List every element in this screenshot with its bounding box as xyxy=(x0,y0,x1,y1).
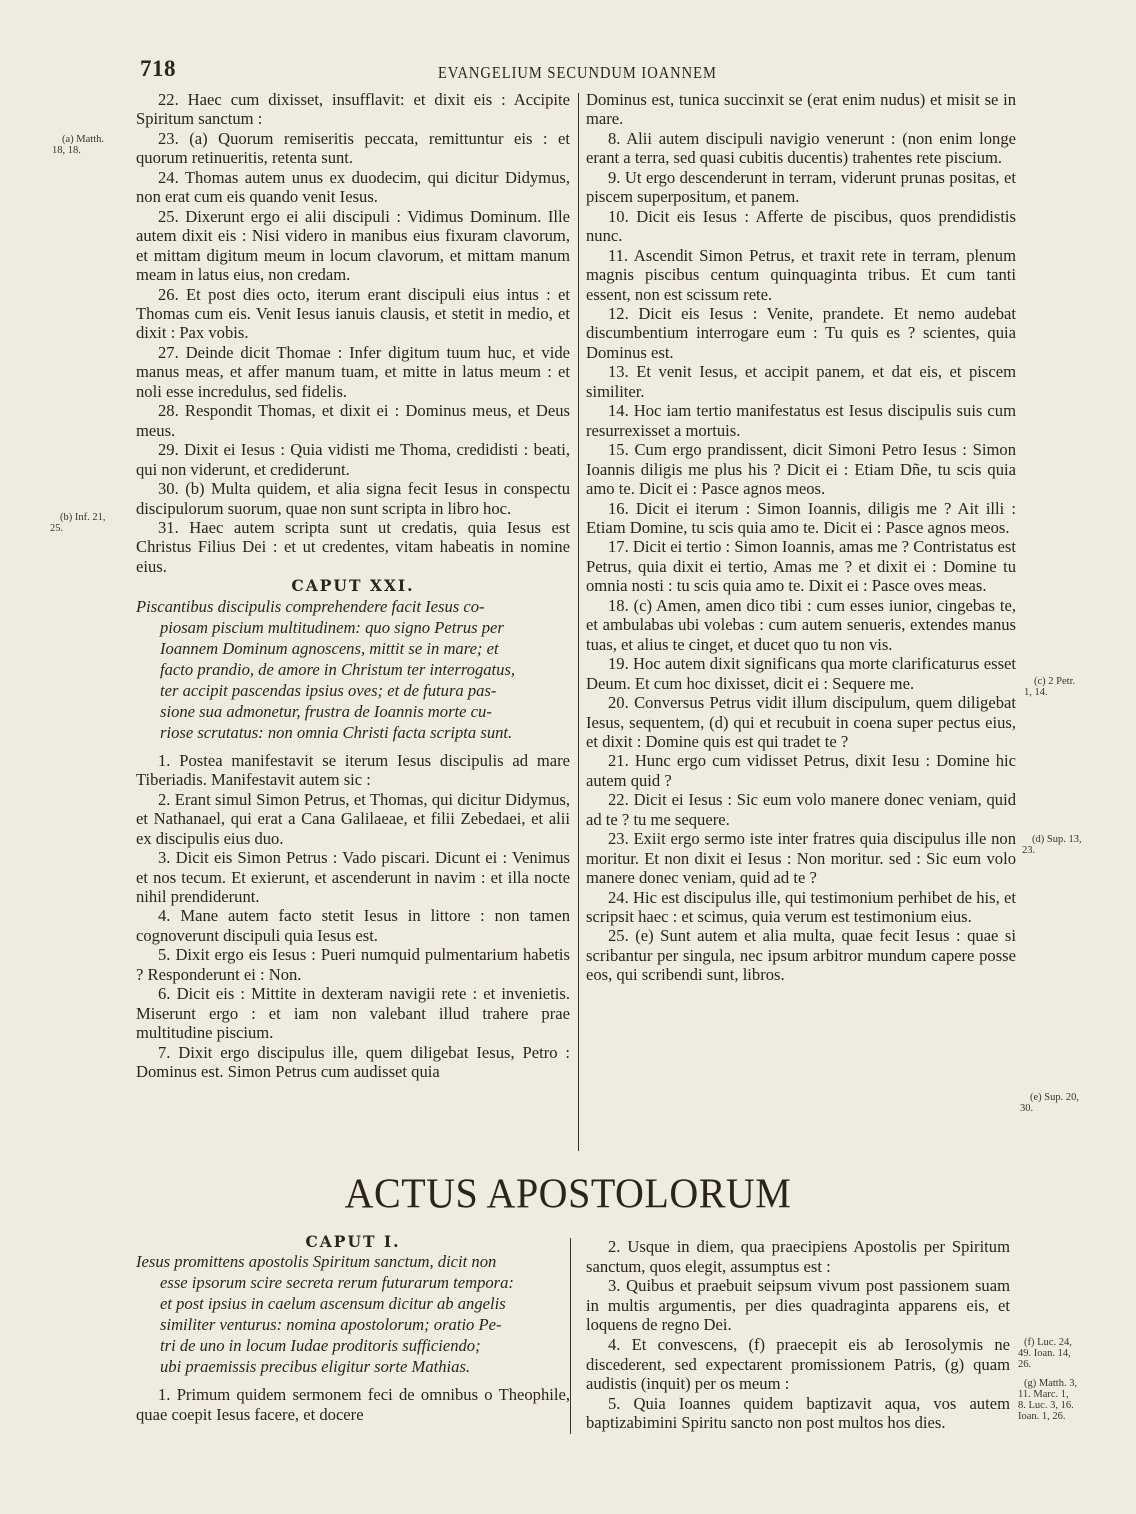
verse: 12. Dicit eis Iesus : Venite, prandete. … xyxy=(586,304,1016,362)
verse: 22. Dicit ei Iesus : Sic eum volo manere… xyxy=(586,790,1016,829)
verse: 2. Erant simul Simon Petrus, et Thomas, … xyxy=(136,790,570,848)
verse: 14. Hoc iam tertio manifestatus est Iesu… xyxy=(586,401,1016,440)
verse-continuation: Dominus est, tunica succinxit se (erat e… xyxy=(586,90,1016,129)
summary-line: ubi praemissis precibus eligitur sorte M… xyxy=(162,1356,570,1377)
verse: 3. Quibus et praebuit seipsum vivum post… xyxy=(586,1276,1010,1335)
acts-right-column: 2. Usque in diem, qua praecipiens Aposto… xyxy=(586,1237,1010,1433)
verse: 4. Mane autem facto stetit Iesus in litt… xyxy=(136,906,570,945)
verse: 20. Conversus Petrus vidit illum discipu… xyxy=(586,693,1016,751)
verse: 31. Haec autem scripta sunt ut credatis,… xyxy=(136,518,570,576)
margin-note-d: (d) Sup. 13, 23. xyxy=(1032,834,1082,856)
verse: 3. Dicit eis Simon Petrus : Vado piscari… xyxy=(136,848,570,906)
verse: 18. (c) Amen, amen dico tibi : cum esses… xyxy=(586,596,1016,654)
verse: 27. Deinde dicit Thomae : Infer digitum … xyxy=(136,343,570,401)
verse: 2. Usque in diem, qua praecipiens Aposto… xyxy=(586,1237,1010,1276)
running-head: EVANGELIUM SECUNDUM IOANNEM xyxy=(438,64,717,84)
summary-line: esse ipsorum scire secreta rerum futurar… xyxy=(162,1272,570,1293)
margin-note-label: (e) Sup. 20, xyxy=(1030,1092,1079,1103)
verse: 7. Dixit ergo discipulus ille, quem dili… xyxy=(136,1043,570,1082)
verse: 10. Dicit eis Iesus : Afferte de piscibu… xyxy=(586,207,1016,246)
margin-note-g: (g) Matth. 3, 11. Marc. 1, 8. Luc. 3, 16… xyxy=(1018,1378,1077,1422)
book-title: ACTUS APOSTOLORUM xyxy=(0,1169,1136,1218)
verse: 13. Et venit Iesus, et accipit panem, et… xyxy=(586,362,1016,401)
margin-note-a: (a) Matth. 18, 18. xyxy=(62,134,104,156)
summary-line: piosam piscium multitudinem: quo signo P… xyxy=(162,617,570,638)
margin-note-e: (e) Sup. 20, 30. xyxy=(1030,1092,1079,1114)
gospel-right-column: Dominus est, tunica succinxit se (erat e… xyxy=(586,90,1016,985)
verse: 11. Ascendit Simon Petrus, et traxit ret… xyxy=(586,246,1016,304)
chapter-heading: CAPUT I. xyxy=(136,1232,570,1251)
margin-note-c: (c) 2 Petr. 1, 14. xyxy=(1034,676,1075,698)
summary-line: Piscantibus discipulis comprehendere fac… xyxy=(138,596,570,617)
chapter-heading: CAPUT XXI. xyxy=(136,576,570,595)
margin-note-ref: 26. xyxy=(1018,1359,1072,1370)
verse: 4. Et convescens, (f) praecepit eis ab I… xyxy=(586,1335,1010,1394)
verse: 26. Et post dies octo, iterum erant disc… xyxy=(136,285,570,343)
verse: 19. Hoc autem dixit significans qua mort… xyxy=(586,654,1016,693)
gospel-left-column: 22. Haec cum dixisset, insufflavit: et d… xyxy=(136,90,570,1081)
margin-note-b: (b) Inf. 21, 25. xyxy=(60,512,106,534)
summary-line: riose scrutatus: non omnia Christi facta… xyxy=(162,722,570,743)
verse: 24. Hic est discipulus ille, qui testimo… xyxy=(586,888,1016,927)
verse: 1. Primum quidem sermonem feci de omnibu… xyxy=(136,1385,570,1424)
margin-note-ref: 1, 14. xyxy=(1024,687,1075,698)
verse: 1. Postea manifestavit se iterum Iesus d… xyxy=(136,751,570,790)
margin-note-label: (c) 2 Petr. xyxy=(1034,676,1075,687)
verse: 23. (a) Quorum remiseritis peccata, remi… xyxy=(136,129,570,168)
margin-note-ref: Ioan. 1, 26. xyxy=(1018,1411,1077,1422)
summary-line: Ioannem Dominum agnoscens, mittit se in … xyxy=(162,638,570,659)
verse: 28. Respondit Thomas, et dixit ei : Domi… xyxy=(136,401,570,440)
verse: 9. Ut ergo descenderunt in terram, vider… xyxy=(586,168,1016,207)
page-number: 718 xyxy=(140,56,176,82)
margin-note-label: (f) Luc. 24, xyxy=(1024,1337,1072,1348)
verse: 16. Dicit ei iterum : Simon Ioannis, dil… xyxy=(586,499,1016,538)
verse: 23. Exiit ergo sermo iste inter fratres … xyxy=(586,829,1016,887)
margin-note-label: (a) Matth. xyxy=(62,134,104,145)
verse: 30. (b) Multa quidem, et alia signa feci… xyxy=(136,479,570,518)
verse: 29. Dixit ei Iesus : Quia vidisti me Tho… xyxy=(136,440,570,479)
verse: 24. Thomas autem unus ex duodecim, qui d… xyxy=(136,168,570,207)
summary-line: similiter venturus: nomina apostolorum; … xyxy=(162,1314,570,1335)
verse: 17. Dicit ei tertio : Simon Ioannis, ama… xyxy=(586,537,1016,595)
margin-note-ref: 11. Marc. 1, xyxy=(1018,1389,1077,1400)
verse: 5. Quia Ioannes quidem baptizavit aqua, … xyxy=(586,1394,1010,1433)
acts-left-column: CAPUT I. Iesus promittens apostolis Spir… xyxy=(136,1232,570,1424)
margin-note-ref: 18, 18. xyxy=(52,145,104,156)
margin-note-ref: 30. xyxy=(1020,1103,1079,1114)
verse: 8. Alii autem discipuli navigio venerunt… xyxy=(586,129,1016,168)
verse: 5. Dixit ergo eis Iesus : Pueri numquid … xyxy=(136,945,570,984)
margin-note-f: (f) Luc. 24, 49. Ioan. 14, 26. xyxy=(1018,1337,1072,1370)
margin-note-label: (d) Sup. 13, xyxy=(1032,834,1082,845)
summary-line: et post ipsius in caelum ascensum dicitu… xyxy=(162,1293,570,1314)
margin-note-label: (g) Matth. 3, xyxy=(1024,1378,1077,1389)
margin-note-ref: 25. xyxy=(50,523,106,534)
summary-line: tri de uno in locum Iudae proditoris suf… xyxy=(162,1335,570,1356)
margin-note-ref: 8. Luc. 3, 16. xyxy=(1018,1400,1077,1411)
chapter-summary: Iesus promittens apostolis Spiritum sanc… xyxy=(136,1251,570,1377)
summary-line: sione sua admonetur, frustra de Ioannis … xyxy=(162,701,570,722)
verse: 21. Hunc ergo cum vidisset Petrus, dixit… xyxy=(586,751,1016,790)
verse: 25. (e) Sunt autem et alia multa, quae f… xyxy=(586,926,1016,984)
column-divider xyxy=(578,93,579,1151)
verse: 22. Haec cum dixisset, insufflavit: et d… xyxy=(136,90,570,129)
margin-note-label: (b) Inf. 21, xyxy=(60,512,106,523)
summary-line: facto prandio, de amore in Christum ter … xyxy=(162,659,570,680)
verse: 15. Cum ergo prandissent, dicit Simoni P… xyxy=(586,440,1016,498)
verse: 25. Dixerunt ergo ei alii discipuli : Vi… xyxy=(136,207,570,285)
margin-note-ref: 49. Ioan. 14, xyxy=(1018,1348,1072,1359)
summary-line: ter accipit pascendas ipsius oves; et de… xyxy=(162,680,570,701)
summary-line: Iesus promittens apostolis Spiritum sanc… xyxy=(138,1251,570,1272)
verse: 6. Dicit eis : Mittite in dexteram navig… xyxy=(136,984,570,1042)
column-divider xyxy=(570,1238,571,1434)
chapter-summary: Piscantibus discipulis comprehendere fac… xyxy=(136,596,570,743)
margin-note-ref: 23. xyxy=(1022,845,1082,856)
